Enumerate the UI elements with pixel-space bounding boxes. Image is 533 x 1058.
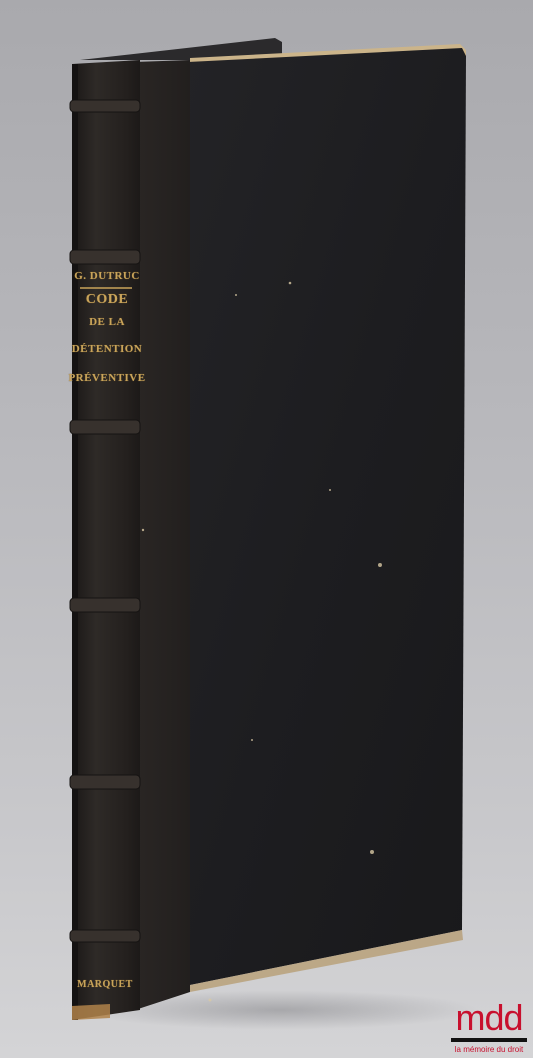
book bbox=[0, 0, 533, 1058]
photo-scene: G. DUTRUC CODE DE LA DÉTENTION PRÉVENTIV… bbox=[0, 0, 533, 1058]
spine-title-line-3: DÉTENTION bbox=[62, 343, 152, 355]
logo-divider bbox=[451, 1038, 527, 1042]
logo-tagline: la mémoire du droit bbox=[448, 1045, 530, 1054]
spine-author: G. DUTRUC bbox=[72, 270, 142, 282]
mdd-watermark-logo: mdd la mémoire du droit bbox=[448, 1000, 530, 1058]
spine-title-line-1: CODE bbox=[72, 292, 142, 308]
spine bbox=[72, 60, 140, 1020]
logo-mark: mdd bbox=[448, 1000, 530, 1036]
front-cover bbox=[188, 48, 466, 985]
spine-title-line-4: PRÉVENTIVE bbox=[62, 372, 152, 384]
spine-title-line-2: DE LA bbox=[72, 316, 142, 328]
spine-publisher: MARQUET bbox=[68, 979, 142, 990]
